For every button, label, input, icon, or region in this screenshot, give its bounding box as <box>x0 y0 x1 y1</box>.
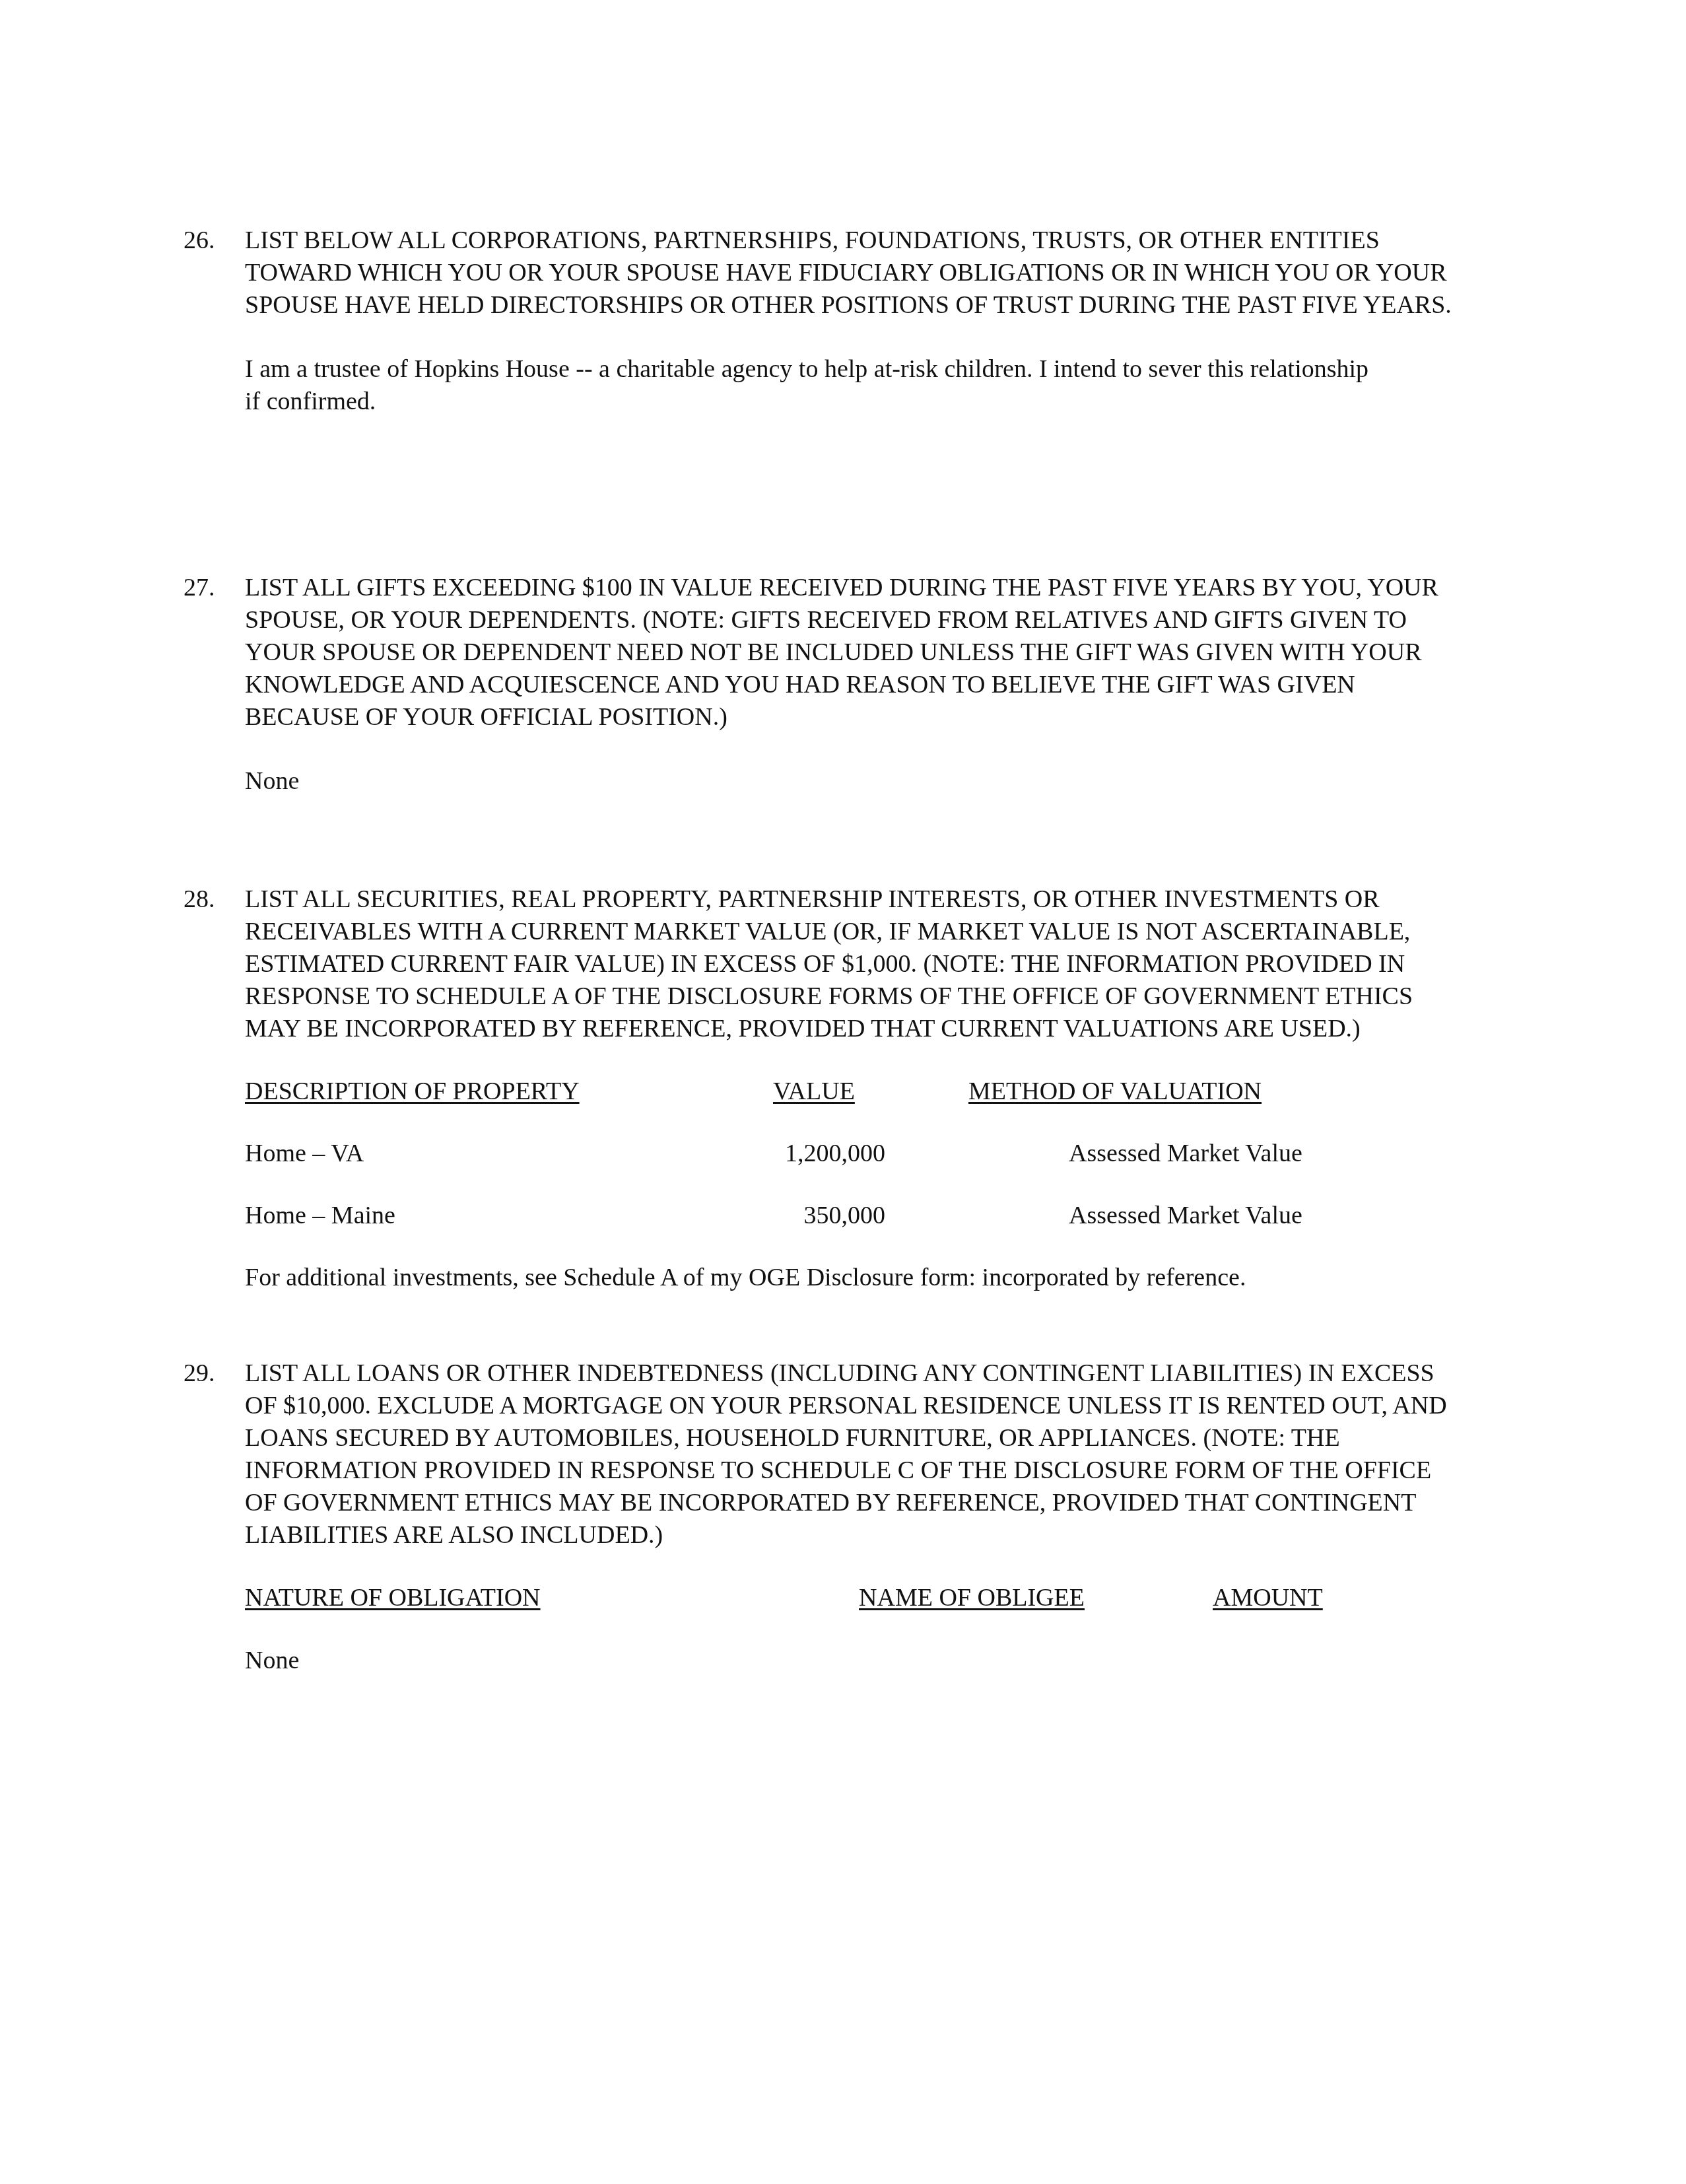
property-description: Home – VA <box>245 1138 364 1170</box>
column-header: NAME OF OBLIGEE <box>859 1582 1085 1614</box>
column-header: AMOUNT <box>1213 1582 1323 1614</box>
column-header: METHOD OF VALUATION <box>968 1075 1262 1108</box>
question-text: LIST ALL LOANS OR OTHER INDEBTEDNESS (IN… <box>245 1357 1453 1552</box>
table-row: Home – VA 1,200,000 Assessed Market Valu… <box>245 1138 1504 1170</box>
property-value: 350,000 <box>773 1200 885 1232</box>
question-28: 28. LIST ALL SECURITIES, REAL PROPERTY, … <box>184 883 1504 1294</box>
column-header: DESCRIPTION OF PROPERTY <box>245 1075 580 1108</box>
column-header: VALUE <box>773 1075 855 1108</box>
table-row: Home – Maine 350,000 Assessed Market Val… <box>245 1200 1504 1232</box>
valuation-method: Assessed Market Value <box>1069 1200 1302 1232</box>
table-header: NATURE OF OBLIGATION NAME OF OBLIGEE AMO… <box>245 1582 1504 1614</box>
question-27: 27. LIST ALL GIFTS EXCEEDING $100 IN VAL… <box>184 572 1504 798</box>
loans-table: NATURE OF OBLIGATION NAME OF OBLIGEE AMO… <box>245 1582 1504 1614</box>
question-text: LIST ALL SECURITIES, REAL PROPERTY, PART… <box>245 883 1466 1045</box>
note-text: For additional investments, see Schedule… <box>245 1262 1504 1294</box>
valuation-method: Assessed Market Value <box>1069 1138 1302 1170</box>
question-text: LIST BELOW ALL CORPORATIONS, PARTNERSHIP… <box>245 224 1466 322</box>
item-number: 26. <box>184 224 215 257</box>
item-number: 28. <box>184 883 215 916</box>
property-value: 1,200,000 <box>773 1138 885 1170</box>
property-table: DESCRIPTION OF PROPERTY VALUE METHOD OF … <box>245 1075 1504 1232</box>
question-text: LIST ALL GIFTS EXCEEDING $100 IN VALUE R… <box>245 572 1446 734</box>
column-header: NATURE OF OBLIGATION <box>245 1582 541 1614</box>
item-number: 29. <box>184 1357 215 1390</box>
table-header: DESCRIPTION OF PROPERTY VALUE METHOD OF … <box>245 1075 1504 1108</box>
question-26: 26. LIST BELOW ALL CORPORATIONS, PARTNER… <box>184 224 1504 418</box>
question-29: 29. LIST ALL LOANS OR OTHER INDEBTEDNESS… <box>184 1357 1504 1677</box>
answer-text: None <box>245 1645 1504 1677</box>
property-description: Home – Maine <box>245 1200 395 1232</box>
answer-text: None <box>245 765 1504 798</box>
answer-text: I am a trustee of Hopkins House -- a cha… <box>245 353 1380 418</box>
item-number: 27. <box>184 572 215 604</box>
